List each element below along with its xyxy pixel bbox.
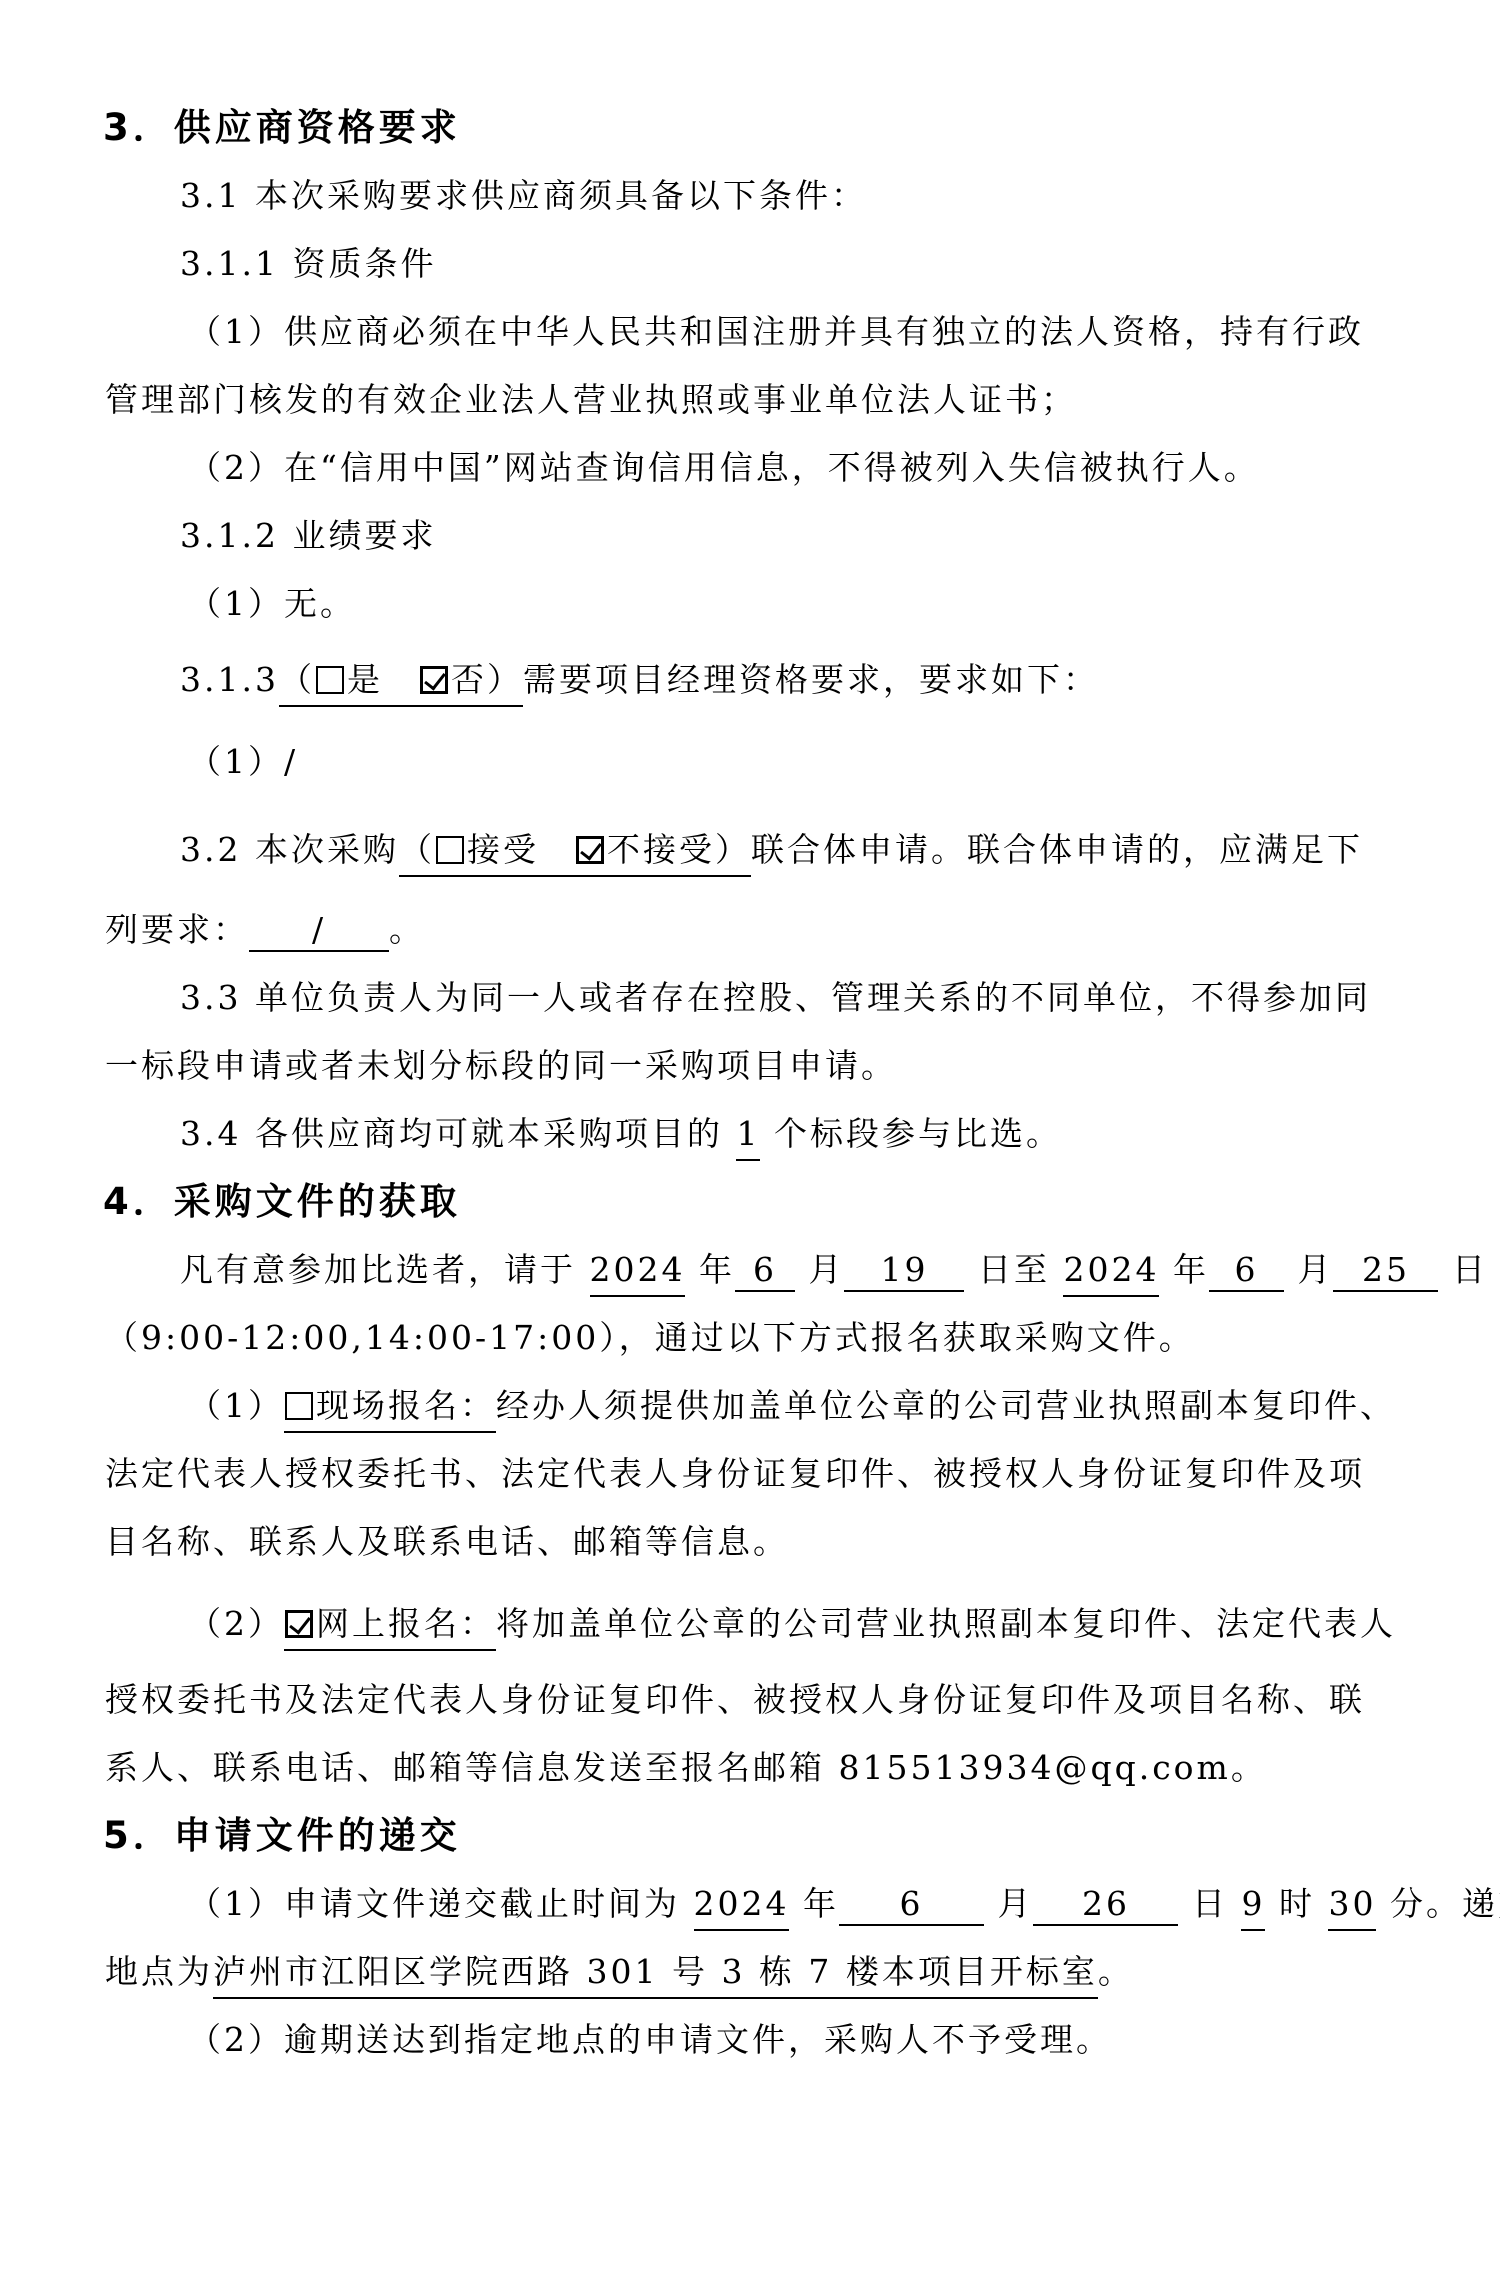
text-run: （2） xyxy=(188,1604,284,1643)
form-blank-value: 25 xyxy=(1333,1250,1438,1292)
text-run: 需要项目经理资格要求，要求如下： xyxy=(523,660,1099,699)
underlined-text: 否） xyxy=(451,660,523,707)
text-run: 系人、联系电话、邮箱等信息发送至报名邮箱 815513934@qq.com。 xyxy=(105,1748,1267,1787)
line-3-4: 3.4 各供应商均可就本采购项目的 1 个标段参与比选。 xyxy=(0,1100,1500,1168)
text-run: 管理部门核发的有效企业法人营业执照或事业单位法人证书； xyxy=(105,380,1077,419)
line-3-3b: 一标段申请或者未划分标段的同一采购项目申请。 xyxy=(0,1032,1500,1100)
line-3-1: 3.1 本次采购要求供应商须具备以下条件： xyxy=(0,162,1500,230)
text-run: 日至 xyxy=(964,1250,1063,1289)
text-run: （2）在“信用中国”网站查询信用信息，不得被列入失信被执行人。 xyxy=(188,448,1260,487)
checkbox-wrapper xyxy=(575,830,607,877)
checkbox-unchecked-icon xyxy=(436,836,464,864)
line-4-item2c: 系人、联系电话、邮箱等信息发送至报名邮箱 815513934@qq.com。 xyxy=(0,1734,1500,1802)
underlined-text: 1 xyxy=(736,1114,760,1161)
text-run: 个标段参与比选。 xyxy=(760,1114,1062,1153)
text-run: 时 xyxy=(1265,1884,1328,1923)
line-4-item2b: 授权委托书及法定代表人身份证复印件、被授权人身份证复印件及项目名称、联 xyxy=(0,1666,1500,1734)
heading-section-4: 4．采购文件的获取 xyxy=(0,1168,1500,1236)
line-5-item1b: 地点为泸州市江阳区学院西路 301 号 3 栋 7 楼本项目开标室。 xyxy=(0,1938,1500,2006)
underlined-text: 泸州市江阳区学院西路 301 号 3 栋 7 楼本项目开标室 xyxy=(213,1952,1098,1999)
text-run: 3.1.2 业绩要求 xyxy=(180,516,436,555)
text-run: 经办人须提供加盖单位公章的公司营业执照副本复印件、 xyxy=(496,1386,1396,1425)
text-run: 年 xyxy=(685,1250,735,1289)
text-run: 3．供应商资格要求 xyxy=(103,106,461,149)
form-blank-value: / xyxy=(249,910,389,952)
text-run: 。 xyxy=(389,910,425,949)
text-run: 5．申请文件的递交 xyxy=(103,1814,461,1857)
text-run: 将加盖单位公章的公司营业执照副本复印件、法定代表人 xyxy=(496,1604,1396,1643)
checkbox-checked-icon xyxy=(285,1610,313,1638)
text-run: （1）供应商必须在中华人民共和国注册并具有独立的法人资格，持有行政 xyxy=(188,312,1364,351)
line-3-1-1: 3.1.1 资质条件 xyxy=(0,230,1500,298)
underlined-text: 接受 xyxy=(467,830,575,877)
line-3-1-2-item1: （1）无。 xyxy=(0,570,1500,638)
underlined-text: 9 xyxy=(1241,1884,1265,1931)
checkbox-checked-icon xyxy=(576,836,604,864)
underlined-text: （ xyxy=(279,660,315,707)
text-run: 列要求： xyxy=(105,910,249,949)
underlined-text: 不接受） xyxy=(607,830,751,877)
text-run: 日 xyxy=(1438,1250,1488,1289)
text-run: 法定代表人授权委托书、法定代表人身份证复印件、被授权人身份证复印件及项 xyxy=(105,1454,1365,1493)
text-run: 3.3 单位负责人为同一人或者存在控股、管理关系的不同单位，不得参加同 xyxy=(180,978,1371,1017)
underlined-text: 是 xyxy=(347,660,419,707)
underlined-text: 2024 xyxy=(694,1884,790,1931)
text-run: 年 xyxy=(1159,1250,1209,1289)
checkbox-checked-icon xyxy=(420,666,448,694)
text-run: （1）/ xyxy=(188,742,298,781)
underlined-text: 30 xyxy=(1328,1884,1376,1931)
text-run: 分。递交 xyxy=(1376,1884,1500,1923)
checkbox-wrapper xyxy=(419,660,451,707)
underlined-text: 现场报名： xyxy=(316,1386,496,1433)
form-blank-value: 6 xyxy=(839,1884,984,1926)
underlined-text: 网上报名： xyxy=(316,1604,496,1651)
checkbox-wrapper xyxy=(315,660,347,707)
document-page: 3．供应商资格要求3.1 本次采购要求供应商须具备以下条件：3.1.1 资质条件… xyxy=(0,0,1500,2290)
line-3-1-1-item1a: （1）供应商必须在中华人民共和国注册并具有独立的法人资格，持有行政 xyxy=(0,298,1500,366)
text-run: 4．采购文件的获取 xyxy=(103,1180,461,1223)
text-run: （1） xyxy=(188,1386,284,1425)
checkbox-wrapper xyxy=(284,1386,316,1433)
line-3-1-1-item2: （2）在“信用中国”网站查询信用信息，不得被列入失信被执行人。 xyxy=(0,434,1500,502)
form-blank-value: 6 xyxy=(1209,1250,1284,1292)
line-3-2a: 3.2 本次采购（接受 不接受）联合体申请。联合体申请的，应满足下 xyxy=(0,816,1500,884)
text-run: 月 xyxy=(795,1250,845,1289)
underlined-text: 2024 xyxy=(1063,1250,1159,1297)
form-blank-value: 6 xyxy=(735,1250,795,1292)
line-4-item1c: 目名称、联系人及联系电话、邮箱等信息。 xyxy=(0,1508,1500,1576)
line-4-intro-a: 凡有意参加比选者，请于 2024 年6 月19 日至 2024 年6 月25 日 xyxy=(0,1236,1500,1304)
text-run: （1）无。 xyxy=(188,584,356,623)
text-run: 年 xyxy=(789,1884,839,1923)
document-body: 3．供应商资格要求3.1 本次采购要求供应商须具备以下条件：3.1.1 资质条件… xyxy=(0,94,1500,2074)
text-run: 3.2 本次采购 xyxy=(180,830,399,869)
text-run: 月 xyxy=(1284,1250,1334,1289)
line-3-1-1-item1b: 管理部门核发的有效企业法人营业执照或事业单位法人证书； xyxy=(0,366,1500,434)
text-run: 联合体申请。联合体申请的，应满足下 xyxy=(751,830,1363,869)
checkbox-wrapper xyxy=(435,830,467,877)
line-4-item1a: （1）现场报名：经办人须提供加盖单位公章的公司营业执照副本复印件、 xyxy=(0,1372,1500,1440)
heading-section-5: 5．申请文件的递交 xyxy=(0,1802,1500,1870)
text-run: 3.1.3 xyxy=(180,660,279,699)
line-5-item1a: （1）申请文件递交截止时间为 2024 年6 月26 日 9 时 30 分。递交 xyxy=(0,1870,1500,1938)
text-run: （1）申请文件递交截止时间为 xyxy=(188,1884,694,1923)
checkbox-unchecked-icon xyxy=(316,666,344,694)
text-run: 一标段申请或者未划分标段的同一采购项目申请。 xyxy=(105,1046,897,1085)
line-3-1-3-item1: （1）/ xyxy=(0,728,1500,796)
underlined-text: （ xyxy=(399,830,435,877)
text-run: 授权委托书及法定代表人身份证复印件、被授权人身份证复印件及项目名称、联 xyxy=(105,1680,1365,1719)
form-blank-value: 19 xyxy=(844,1250,964,1292)
line-3-1-3: 3.1.3（是 否）需要项目经理资格要求，要求如下： xyxy=(0,646,1500,714)
text-run: 3.1 本次采购要求供应商须具备以下条件： xyxy=(180,176,867,215)
checkbox-unchecked-icon xyxy=(285,1392,313,1420)
text-run: 目名称、联系人及联系电话、邮箱等信息。 xyxy=(105,1522,789,1561)
text-run: 3.4 各供应商均可就本采购项目的 xyxy=(180,1114,736,1153)
text-run: （2）逾期送达到指定地点的申请文件，采购人不予受理。 xyxy=(188,2020,1112,2059)
text-run: 地点为 xyxy=(105,1952,213,1991)
line-4-intro-b: （9:00-12:00,14:00-17:00），通过以下方式报名获取采购文件。 xyxy=(0,1304,1500,1372)
form-blank-value: 26 xyxy=(1033,1884,1178,1926)
line-5-item2: （2）逾期送达到指定地点的申请文件，采购人不予受理。 xyxy=(0,2006,1500,2074)
line-3-3a: 3.3 单位负责人为同一人或者存在控股、管理关系的不同单位，不得参加同 xyxy=(0,964,1500,1032)
line-3-1-2: 3.1.2 业绩要求 xyxy=(0,502,1500,570)
text-run: 。 xyxy=(1098,1952,1134,1991)
text-run: （9:00-12:00,14:00-17:00），通过以下方式报名获取采购文件。 xyxy=(105,1318,1195,1357)
text-run: 日 xyxy=(1178,1884,1241,1923)
text-run: 3.1.1 资质条件 xyxy=(180,244,436,283)
line-4-item1b: 法定代表人授权委托书、法定代表人身份证复印件、被授权人身份证复印件及项 xyxy=(0,1440,1500,1508)
underlined-text: 2024 xyxy=(590,1250,686,1297)
text-run: 月 xyxy=(984,1884,1034,1923)
line-4-item2a: （2）网上报名：将加盖单位公章的公司营业执照副本复印件、法定代表人 xyxy=(0,1590,1500,1658)
text-run: 凡有意参加比选者，请于 xyxy=(180,1250,590,1289)
heading-section-3: 3．供应商资格要求 xyxy=(0,94,1500,162)
checkbox-wrapper xyxy=(284,1604,316,1651)
line-3-2b: 列要求：/。 xyxy=(0,896,1500,964)
